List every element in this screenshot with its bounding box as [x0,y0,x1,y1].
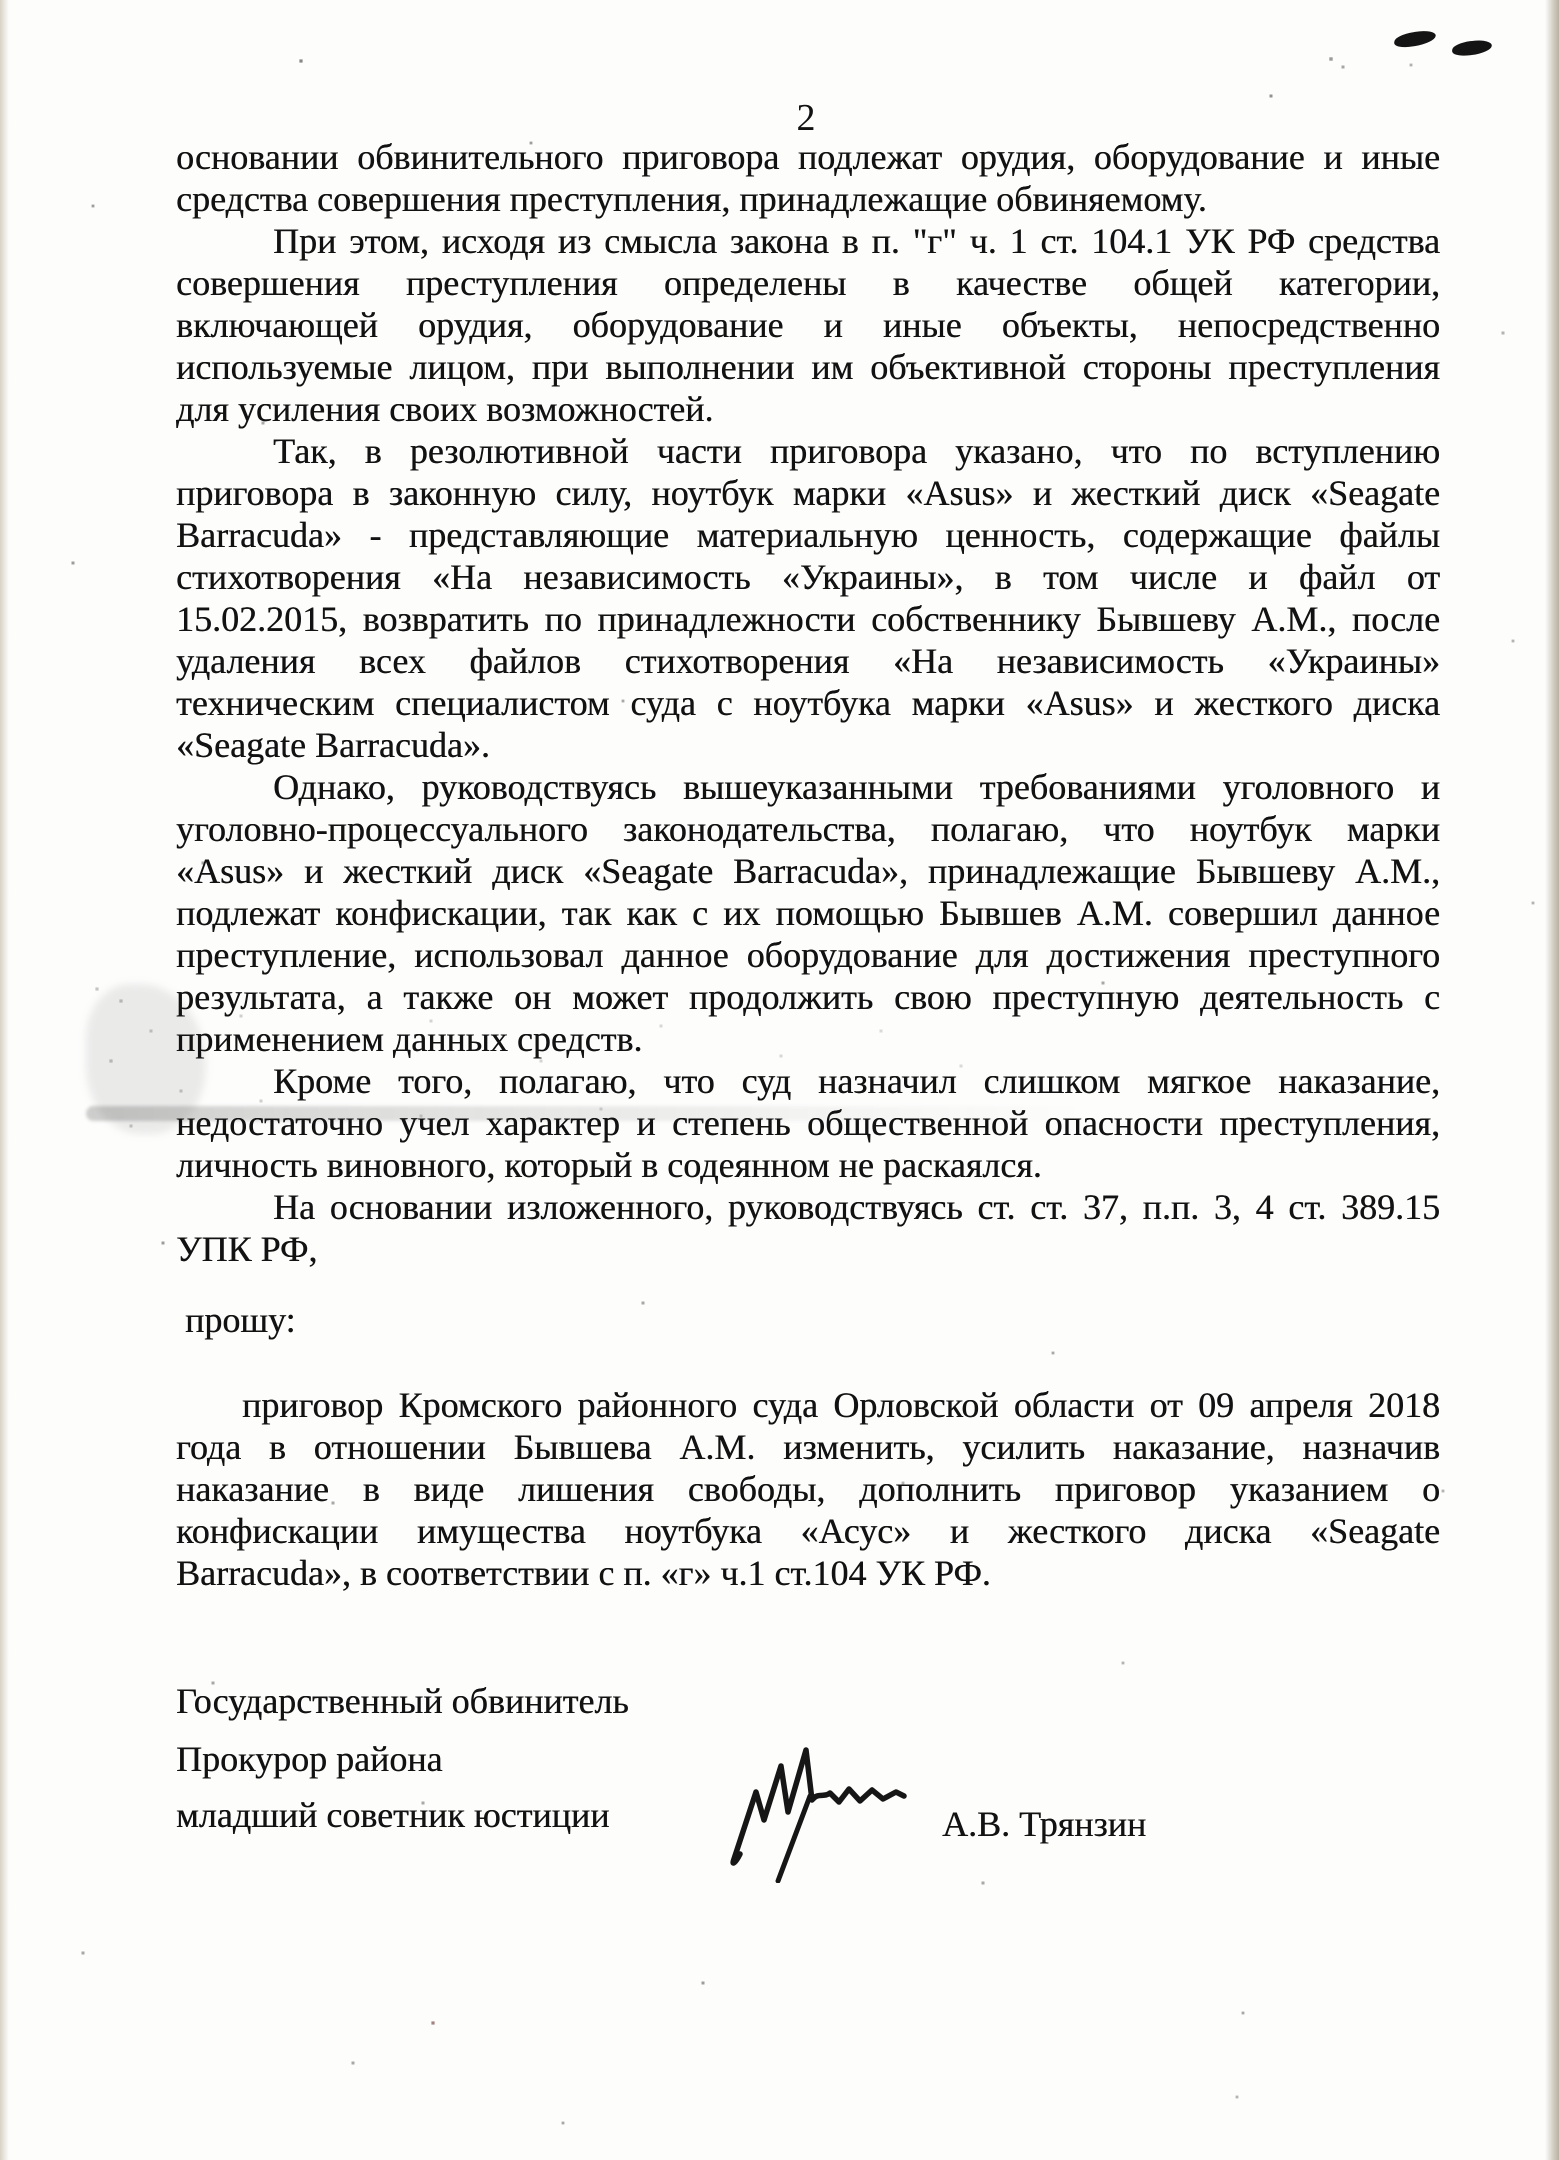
document-line: применением данных средств. [176,1018,1440,1060]
document-line: удаления всех файлов стихотворения «На н… [176,640,1440,682]
document-line: Barracuda» - представляющие материальную… [176,514,1440,556]
signature-scribble-icon [726,1738,911,1883]
document-line: стихотворения «На независимость «Украины… [176,556,1440,598]
document-line: используемые лицом, при выполнении им об… [176,346,1440,388]
document-line: техническим специалистом суда с ноутбука… [176,682,1440,724]
signature-role-line-2: Прокурор района [176,1738,442,1780]
document-line: Barracuda», в соответствии с п. «г» ч.1 … [176,1552,1440,1594]
document-line: Кроме того, полагаю, что суд назначил сл… [176,1060,1440,1102]
document-line: «Seagate Barracuda». [176,724,1440,766]
scanned-document-page: 2 Государственный обвинитель Прокурор ра… [0,0,1559,2160]
document-line: УПК РФ, [176,1228,1440,1270]
scan-noise-specks-dense [0,0,2,2]
document-line: При этом, исходя из смысла закона в п. "… [176,220,1440,262]
ink-dash-mark [1451,38,1493,57]
signature-role-line-1: Государственный обвинитель [176,1680,629,1722]
document-line: недостаточно учел характер и степень общ… [176,1102,1440,1144]
document-line: уголовно-процессуального законодательств… [176,808,1440,850]
request-body: приговор Кромского районного суда Орловс… [176,1384,1440,1594]
document-line: личность виновного, который в содеянном … [176,1144,1440,1186]
document-line: результата, а также он может продолжить … [176,976,1440,1018]
document-line: 15.02.2015, возвратить по принадлежности… [176,598,1440,640]
document-line: На основании изложенного, руководствуясь… [176,1186,1440,1228]
document-line: приговор Кромского районного суда Орловс… [176,1384,1440,1426]
body-text: основании обвинительного приговора подле… [176,136,1440,1270]
document-line: года в отношении Бывшева А.М. изменить, … [176,1426,1440,1468]
document-line: конфискации имущества ноутбука «Асус» и … [176,1510,1440,1552]
signature-role-line-3: младший советник юстиции [176,1794,609,1836]
document-line: включающей орудия, оборудование и иные о… [176,304,1440,346]
signer-name: А.В. Трянзин [942,1803,1146,1845]
document-line: приговора в законную силу, ноутбук марки… [176,472,1440,514]
document-line: основании обвинительного приговора подле… [176,136,1440,178]
scan-left-edge [0,0,9,2160]
document-line: Так, в резолютивной части приговора указ… [176,430,1440,472]
document-line: совершения преступления определены в кач… [176,262,1440,304]
document-line: средства совершения преступления, принад… [176,178,1440,220]
document-line: преступление, использовал данное оборудо… [176,934,1440,976]
page-number: 2 [780,98,832,138]
ink-dash-mark [1393,28,1437,49]
document-line: прошу: [185,1299,1440,1341]
document-line: наказание в виде лишения свободы, дополн… [176,1468,1440,1510]
document-line: подлежат конфискации, так как с их помощ… [176,892,1440,934]
document-line: для усиления своих возможностей. [176,388,1440,430]
document-line: Однако, руководствуясь вышеуказанными тр… [176,766,1440,808]
scan-right-edge [1545,0,1559,2160]
request-word: прошу: [185,1299,1440,1341]
document-line: «Asus» и жесткий диск «Seagate Barracuda… [176,850,1440,892]
